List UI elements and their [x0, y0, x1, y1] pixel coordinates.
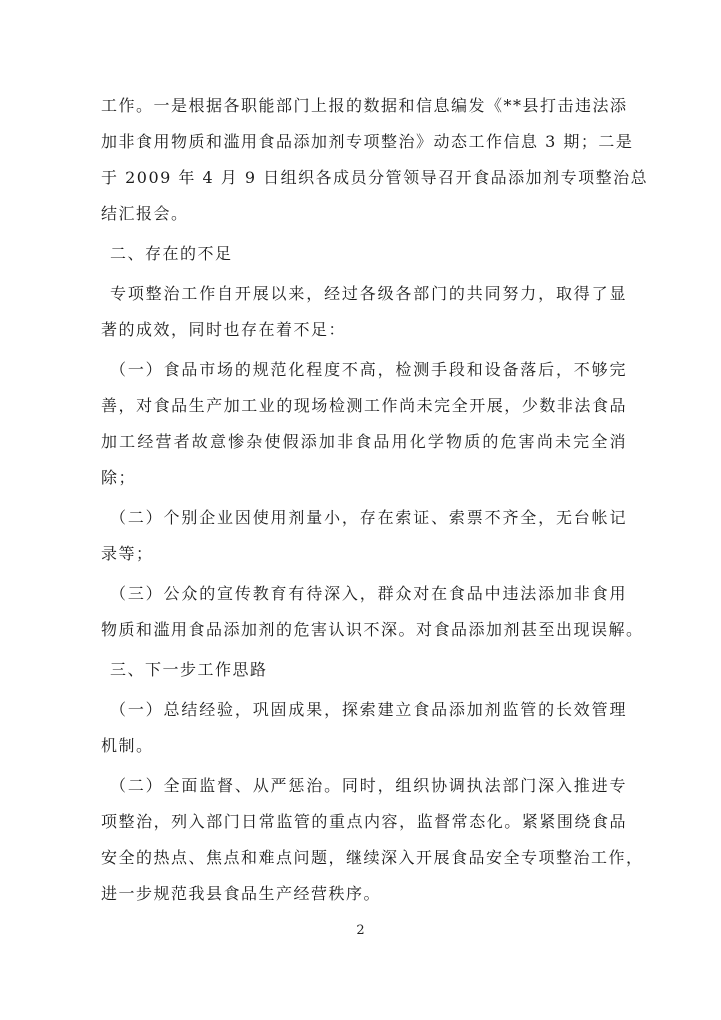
paragraph: 工作。一是根据各职能部门上报的数据和信息编发《**县打击违法添 加非食用物质和滥…: [101, 88, 627, 232]
text-line: 加非食用物质和滥用食品添加剂专项整治》动态工作信息 3 期；二是: [101, 124, 627, 160]
text-line: 物质和滥用食品添加剂的危害认识不深。对食品添加剂甚至出现误解。: [101, 612, 627, 648]
text-line: 结汇报会。: [101, 196, 627, 232]
text-line: 录等；: [101, 536, 627, 572]
paragraph: （三）公众的宣传教育有待深入，群众对在食品中违法添加非食用 物质和滥用食品添加剂…: [101, 576, 627, 648]
paragraph: （一）总结经验，巩固成果，探索建立食品添加剂监管的长效管理 机制。: [101, 692, 627, 764]
text-line: （二）全面监督、从严惩治。同时，组织协调执法部门深入推进专: [101, 768, 627, 804]
text-line: 著的成效，同时也存在着不足：: [101, 312, 627, 348]
paragraph: 二、存在的不足: [101, 236, 627, 272]
section-heading: 二、存在的不足: [101, 236, 627, 272]
text-line: 于 2009 年 4 月 9 日组织各成员分管领导召开食品添加剂专项整治总: [101, 160, 627, 196]
paragraph: 三、下一步工作思路: [101, 652, 627, 688]
text-line: （一）食品市场的规范化程度不高，检测手段和设备落后，不够完: [101, 352, 627, 388]
document-body: 工作。一是根据各职能部门上报的数据和信息编发《**县打击违法添 加非食用物质和滥…: [101, 88, 627, 912]
page-number: 2: [0, 922, 721, 940]
text-line: 加工经营者故意惨杂使假添加非食品用化学物质的危害尚未完全消: [101, 424, 627, 460]
paragraph: （二）个别企业因使用剂量小，存在索证、索票不齐全，无台帐记 录等；: [101, 500, 627, 572]
paragraph: （一）食品市场的规范化程度不高，检测手段和设备落后，不够完 善，对食品生产加工业…: [101, 352, 627, 496]
text-line: 安全的热点、焦点和难点问题，继续深入开展食品安全专项整治工作，: [101, 840, 627, 876]
section-heading: 三、下一步工作思路: [101, 652, 627, 688]
text-line: 进一步规范我县食品生产经营秩序。: [101, 876, 627, 912]
text-line: （三）公众的宣传教育有待深入，群众对在食品中违法添加非食用: [101, 576, 627, 612]
text-line: 专项整治工作自开展以来，经过各级各部门的共同努力，取得了显: [101, 276, 627, 312]
paragraph: 专项整治工作自开展以来，经过各级各部门的共同努力，取得了显 著的成效，同时也存在…: [101, 276, 627, 348]
text-line: 项整治，列入部门日常监管的重点内容，监督常态化。紧紧围绕食品: [101, 804, 627, 840]
text-line: （二）个别企业因使用剂量小，存在索证、索票不齐全，无台帐记: [101, 500, 627, 536]
document-page: 工作。一是根据各职能部门上报的数据和信息编发《**县打击违法添 加非食用物质和滥…: [0, 0, 721, 1020]
text-line: （一）总结经验，巩固成果，探索建立食品添加剂监管的长效管理: [101, 692, 627, 728]
text-line: 工作。一是根据各职能部门上报的数据和信息编发《**县打击违法添: [101, 88, 627, 124]
text-line: 善，对食品生产加工业的现场检测工作尚未完全开展，少数非法食品: [101, 388, 627, 424]
text-line: 除；: [101, 460, 627, 496]
paragraph: （二）全面监督、从严惩治。同时，组织协调执法部门深入推进专 项整治，列入部门日常…: [101, 768, 627, 912]
text-line: 机制。: [101, 728, 627, 764]
